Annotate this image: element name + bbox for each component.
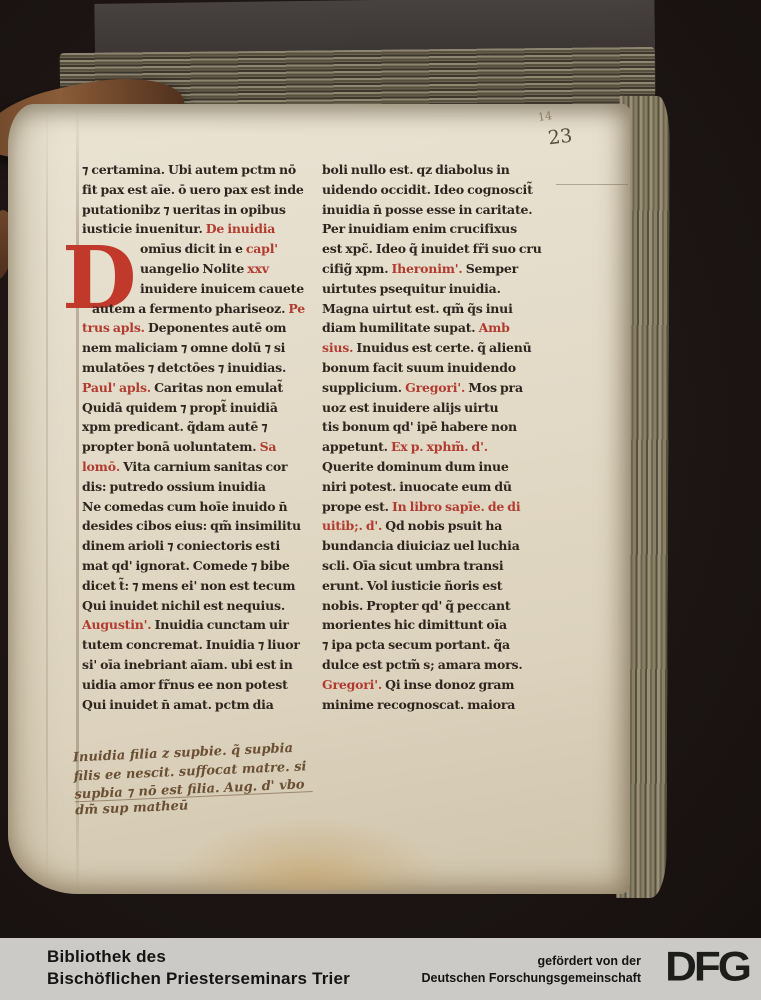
body-text: Qui inuidet nichil est nequius.: [82, 598, 285, 613]
body-text: xpm predicant. q̃dam autē ⁊: [82, 419, 267, 434]
parchment-stain: [176, 816, 442, 890]
body-text: Vita carnium sanitas cor: [123, 459, 287, 474]
body-text: scli. Oīa sicut umbra transi: [322, 558, 503, 573]
rubric-text: trus apls.: [82, 320, 148, 335]
manuscript-line: Paul' apls. Caritas non emulat̃: [82, 378, 308, 398]
text-column-right: boli nullo est. qz diabolus inuidendo oc…: [322, 160, 548, 714]
dfg-logo: DFG: [665, 943, 749, 991]
foliation-number: 23: [547, 125, 574, 150]
body-text: si' oīa inebriant aīam. ubi est in: [82, 657, 293, 672]
funding-credit-line1: gefördert von der: [422, 953, 642, 970]
manuscript-line: Augustin'. Inuidia cunctam uir: [82, 615, 308, 635]
manuscript-line: fit pax est aīe. ō uero pax est inde: [82, 180, 308, 200]
body-text: mulatōes ⁊ detctōes ⁊ inuidias.: [82, 360, 286, 375]
manuscript-line: tis bonum qd' ipē habere non: [322, 417, 548, 437]
body-text: Magna uirtut est. qm̃ q̃s inui: [322, 301, 513, 316]
manuscript-line: uirtutes psequitur inuidia.: [322, 279, 548, 299]
body-text: morientes hic dimittunt oīa: [322, 617, 507, 632]
rubric-text: sius.: [322, 340, 356, 355]
manuscript-line: ⁊ ipa pcta secum portant. q̃a: [322, 635, 548, 655]
body-text: propter bonā uoluntatem.: [82, 439, 260, 454]
marginal-note: Inuidia filia z supbie. q̃ supbiafilis e…: [73, 739, 326, 821]
rubric-text: In libro sapīe. de di: [392, 499, 520, 514]
body-text: bundancia diuiciaz uel luchia: [322, 538, 520, 553]
manuscript-line: diam humilitate supat. Amb: [322, 318, 548, 338]
manuscript-line: prope est. In libro sapīe. de di: [322, 497, 548, 517]
body-text: niri potest. inuocate eum dū: [322, 479, 512, 494]
body-text: desides cibos eius: qm̃ insimilitu: [82, 518, 301, 533]
body-text: Qi inse donoz gram: [385, 677, 514, 692]
body-text: ⁊ certamina. Ubi autem pctm nō: [82, 162, 296, 177]
manuscript-line: Per inuidiam enim crucifixus: [322, 219, 548, 239]
body-text: mat qd' ignorat. Comede ⁊ bibe: [82, 558, 290, 573]
body-text: boli nullo est. qz diabolus in: [322, 162, 510, 177]
rubric-text: Paul' apls.: [82, 380, 154, 395]
manuscript-line: desides cibos eius: qm̃ insimilitu: [82, 516, 308, 536]
body-text: Ne comedas cum hoīe inuido n̄: [82, 499, 287, 514]
body-text: uidendo occidit. Ideo cognoscit̃: [322, 182, 533, 197]
manuscript-line: erunt. Vol iusticie ñoris est: [322, 576, 548, 596]
funding-credit-line2: Deutschen Forschungsgemeinschaft: [422, 970, 642, 987]
page-fold-crease-2: [46, 104, 48, 894]
rubric-text: Sa: [260, 439, 277, 454]
body-text: Qd nobis psuit ha: [385, 518, 502, 533]
manuscript-line: dis: putredo ossium inuidia: [82, 477, 308, 497]
body-text: prope est.: [322, 499, 392, 514]
rubric-text: Gregori'.: [322, 677, 385, 692]
manuscript-line: Qui inuidet n̄ amat. pctm dia: [82, 695, 308, 715]
rubric-text: Amb: [479, 320, 510, 335]
manuscript-line: dicet t̃: ⁊ mens ei' non est tecum: [82, 576, 308, 596]
body-text: minime recognoscat. maiora: [322, 697, 515, 712]
manuscript-line: iusticie inuenitur. De inuidia: [82, 219, 308, 239]
rubric-text: uitib;. d'.: [322, 518, 385, 533]
manuscript-line: uangelio Nolite xxv: [82, 259, 308, 279]
body-text: est xpc̃. Ideo q̃ inuidet fr̃i suo cru: [322, 241, 542, 256]
manuscript-line: supplicium. Gregori'. Mos pra: [322, 378, 548, 398]
manuscript-line: Ne comedas cum hoīe inuido n̄: [82, 497, 308, 517]
body-text: autem a fermento phariseoz.: [92, 301, 288, 316]
body-text: nem maliciam ⁊ omne dolū ⁊ si: [82, 340, 285, 355]
body-text: Inuidus est certe. q̃ alienū: [356, 340, 531, 355]
body-text: inuidere inuicem cauete: [140, 281, 304, 296]
manuscript-line: boli nullo est. qz diabolus in: [322, 160, 548, 180]
body-text: uoz est inuidere alijs uirtu: [322, 400, 498, 415]
body-text: dinem arioli ⁊ coniectoris esti: [82, 538, 280, 553]
rubric-text: Gregori'.: [405, 380, 468, 395]
body-text: dulce est pctm̃ s; amara mors.: [322, 657, 523, 672]
manuscript-line: autem a fermento phariseoz. Pe: [82, 299, 308, 319]
library-name-line2: Bischöflichen Priesterseminars Trier: [47, 968, 350, 990]
manuscript-line: putationibz ⁊ ueritas in opibus: [82, 200, 308, 220]
manuscript-line: uitib;. d'. Qd nobis psuit ha: [322, 516, 548, 536]
body-text: tis bonum qd' ipē habere non: [322, 419, 517, 434]
body-text: supplicium.: [322, 380, 405, 395]
body-text: inuidia n̄ posse esse in caritate.: [322, 202, 532, 217]
funding-credit: gefördert von der Deutschen Forschungsge…: [422, 953, 642, 986]
foliation-number-old: 14: [537, 109, 553, 124]
manuscript-line: morientes hic dimittunt oīa: [322, 615, 548, 635]
body-text: uidia amor fr̃nus ee non potest: [82, 677, 288, 692]
manuscript-line: lomō. Vita carnium sanitas cor: [82, 457, 308, 477]
manuscript-page: 14 23 D ⁊ certamina. Ubi autem pctm nōfi…: [8, 104, 630, 894]
body-text: putationibz ⁊ ueritas in opibus: [82, 202, 286, 217]
body-text: Semper: [466, 261, 518, 276]
text-column-left: ⁊ certamina. Ubi autem pctm nōfit pax es…: [82, 160, 308, 714]
manuscript-line: mat qd' ignorat. Comede ⁊ bibe: [82, 556, 308, 576]
body-text: iusticie inuenitur.: [82, 221, 206, 236]
rubric-text: Ex p. xphm̃. d'.: [391, 439, 488, 454]
manuscript-line: trus apls. Deponentes autē om: [82, 318, 308, 338]
manuscript-line: propter bonā uoluntatem. Sa: [82, 437, 308, 457]
library-name: Bibliothek des Bischöflichen Priestersem…: [47, 946, 350, 990]
manuscript-line: inuidere inuicem cauete: [82, 279, 308, 299]
body-text: omīus dicit in e: [140, 241, 246, 256]
body-text: appetunt.: [322, 439, 391, 454]
manuscript-line: si' oīa inebriant aīam. ubi est in: [82, 655, 308, 675]
body-text: dicet t̃: ⁊ mens ei' non est tecum: [82, 578, 295, 593]
manuscript-line: Quidā quidem ⁊ propt̃ inuidiā: [82, 398, 308, 418]
rubric-text: Augustin'.: [82, 617, 155, 632]
body-text: uangelio Nolite: [140, 261, 247, 276]
body-text: erunt. Vol iusticie ñoris est: [322, 578, 502, 593]
rubric-text: Iheronim'.: [392, 261, 466, 276]
library-name-line1: Bibliothek des: [47, 946, 350, 968]
rubric-text: lomō.: [82, 459, 123, 474]
manuscript-line: bundancia diuiciaz uel luchia: [322, 536, 548, 556]
manuscript-line: minime recognoscat. maiora: [322, 695, 548, 715]
manuscript-line: nobis. Propter qd' q̃ peccant: [322, 596, 548, 616]
manuscript-line: scli. Oīa sicut umbra transi: [322, 556, 548, 576]
manuscript-line: dinem arioli ⁊ coniectoris esti: [82, 536, 308, 556]
manuscript-line: mulatōes ⁊ detctōes ⁊ inuidias.: [82, 358, 308, 378]
manuscript-line: tutem concremat. Inuidia ⁊ liuor: [82, 635, 308, 655]
manuscript-line: uoz est inuidere alijs uirtu: [322, 398, 548, 418]
body-text: cifig̃ xpm.: [322, 261, 392, 276]
manuscript-line: niri potest. inuocate eum dū: [322, 477, 548, 497]
body-text: Inuidia cunctam uir: [155, 617, 289, 632]
body-text: fit pax est aīe. ō uero pax est inde: [82, 182, 304, 197]
digitization-footer: Bibliothek des Bischöflichen Priestersem…: [0, 938, 761, 1000]
rubric-text: capl': [246, 241, 278, 256]
book-photograph: 14 23 D ⁊ certamina. Ubi autem pctm nōfi…: [0, 0, 761, 938]
body-text: nobis. Propter qd' q̃ peccant: [322, 598, 510, 613]
manuscript-line: bonum facit suum inuidendo: [322, 358, 548, 378]
body-text: tutem concremat. Inuidia ⁊ liuor: [82, 637, 300, 652]
body-text: uirtutes psequitur inuidia.: [322, 281, 501, 296]
manuscript-line: uidia amor fr̃nus ee non potest: [82, 675, 308, 695]
manuscript-line: inuidia n̄ posse esse in caritate.: [322, 200, 548, 220]
body-text: Deponentes autē om: [148, 320, 286, 335]
body-text: Mos pra: [468, 380, 523, 395]
manuscript-line: nem maliciam ⁊ omne dolū ⁊ si: [82, 338, 308, 358]
rubric-text: De inuidia: [206, 221, 275, 236]
body-text: Quidā quidem ⁊ propt̃ inuidiā: [82, 400, 278, 415]
body-text: Caritas non emulat̃: [154, 380, 283, 395]
manuscript-line: Gregori'. Qi inse donoz gram: [322, 675, 548, 695]
body-text: Qui inuidet n̄ amat. pctm dia: [82, 697, 274, 712]
rubric-text: Pe: [288, 301, 305, 316]
manuscript-line: Magna uirtut est. qm̃ q̃s inui: [322, 299, 548, 319]
manuscript-line: dulce est pctm̃ s; amara mors.: [322, 655, 548, 675]
manuscript-line: uidendo occidit. Ideo cognoscit̃: [322, 180, 548, 200]
manuscript-line: cifig̃ xpm. Iheronim'. Semper: [322, 259, 548, 279]
ruling-line: [556, 184, 628, 185]
body-text: Per inuidiam enim crucifixus: [322, 221, 517, 236]
rubric-text: xxv: [247, 261, 269, 276]
manuscript-line: appetunt. Ex p. xphm̃. d'.: [322, 437, 548, 457]
body-text: dis: putredo ossium inuidia: [82, 479, 266, 494]
manuscript-line: est xpc̃. Ideo q̃ inuidet fr̃i suo cru: [322, 239, 548, 259]
manuscript-line: Querite dominum dum inue: [322, 457, 548, 477]
manuscript-line: xpm predicant. q̃dam autē ⁊: [82, 417, 308, 437]
body-text: diam humilitate supat.: [322, 320, 479, 335]
body-text: Querite dominum dum inue: [322, 459, 509, 474]
manuscript-line: Qui inuidet nichil est nequius.: [82, 596, 308, 616]
body-text: bonum facit suum inuidendo: [322, 360, 516, 375]
manuscript-line: omīus dicit in e capl': [82, 239, 308, 259]
manuscript-line: sius. Inuidus est certe. q̃ alienū: [322, 338, 548, 358]
manuscript-line: ⁊ certamina. Ubi autem pctm nō: [82, 160, 308, 180]
body-text: ⁊ ipa pcta secum portant. q̃a: [322, 637, 510, 652]
